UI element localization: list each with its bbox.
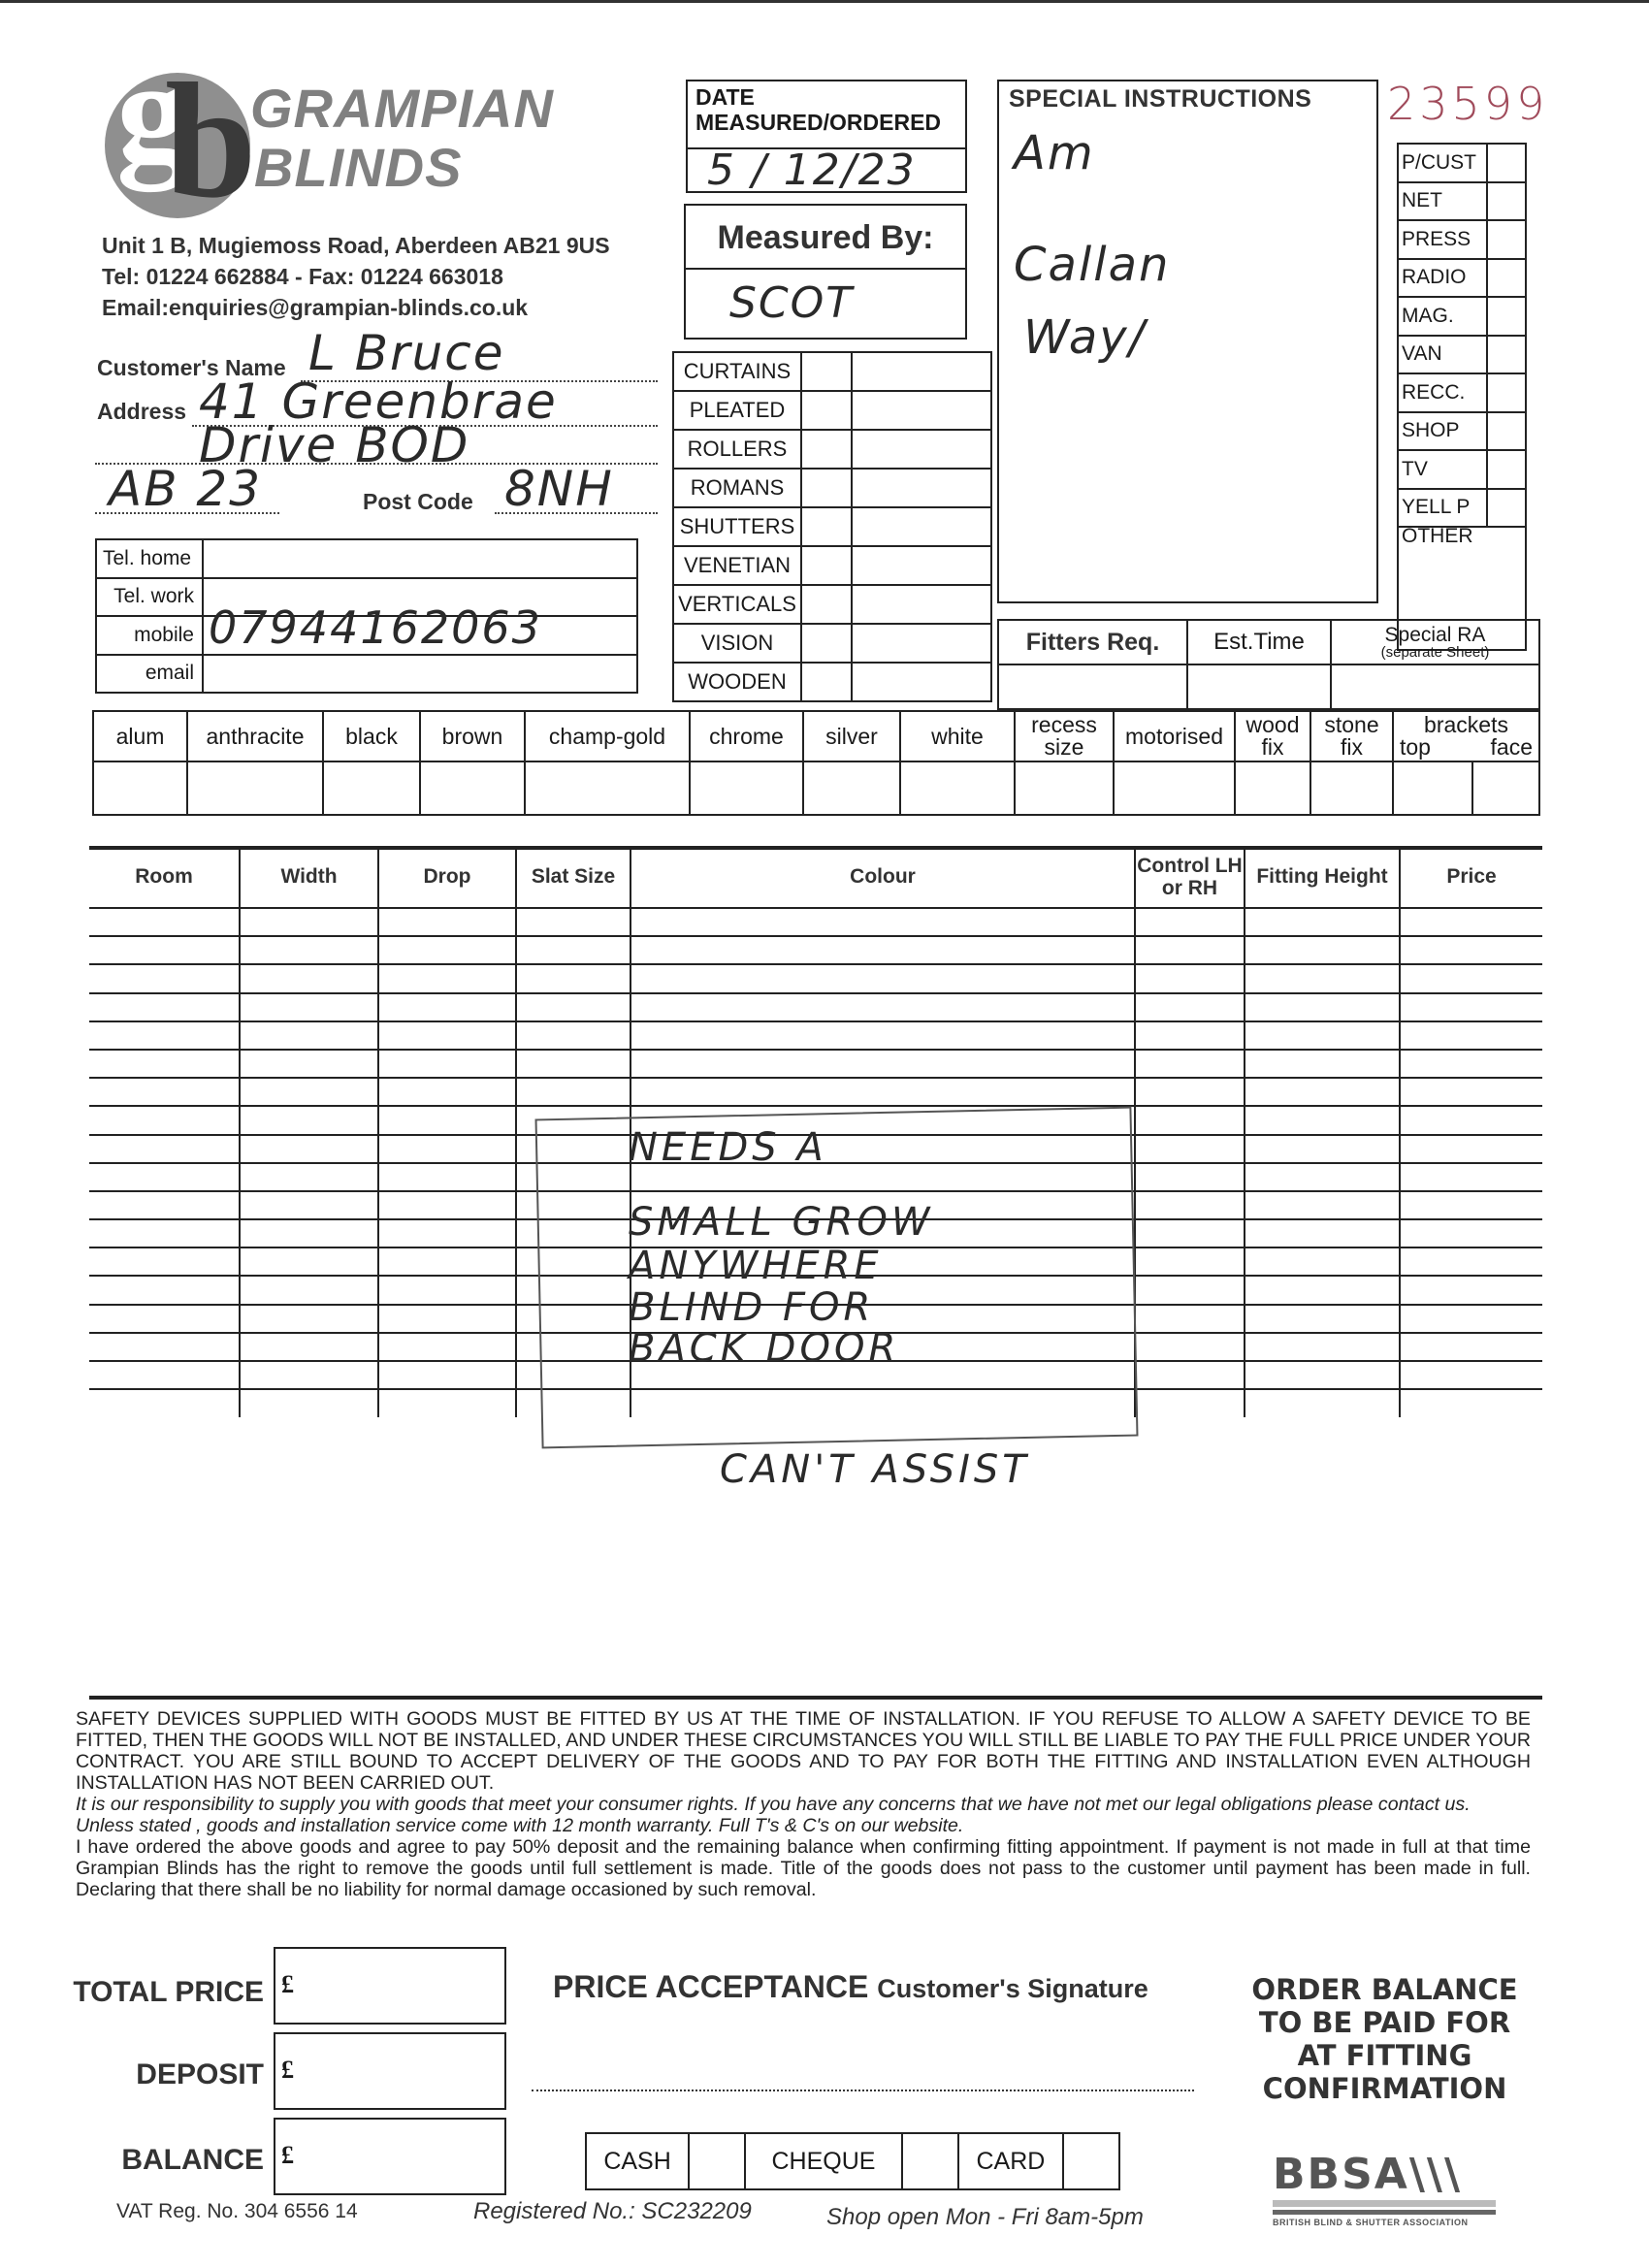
item-cell[interactable]: [89, 936, 240, 964]
item-cell[interactable]: [1400, 1135, 1542, 1163]
finish-cell[interactable]: [187, 761, 323, 815]
item-cell[interactable]: [1400, 1333, 1542, 1361]
address-value-line3[interactable]: AB 23: [109, 461, 262, 517]
item-cell[interactable]: [1400, 1163, 1542, 1191]
item-cell[interactable]: [630, 1021, 1135, 1050]
terms-and-conditions: SAFETY DEVICES SUPPLIED WITH GOODS MUST …: [76, 1709, 1531, 1900]
item-cell[interactable]: [378, 1389, 516, 1417]
fitters-req-field[interactable]: [998, 664, 1187, 709]
lead-source-checkbox[interactable]: [1487, 412, 1526, 451]
finish-cell[interactable]: [1235, 761, 1310, 815]
item-cell[interactable]: [240, 1163, 378, 1191]
product-notes-cell[interactable]: [852, 391, 991, 430]
product-qty-cell[interactable]: [801, 391, 852, 430]
item-cell[interactable]: [89, 1361, 240, 1389]
product-qty-cell[interactable]: [801, 430, 852, 469]
item-cell[interactable]: [1135, 1078, 1245, 1106]
item-cell[interactable]: [1135, 1305, 1245, 1333]
product-qty-cell[interactable]: [801, 469, 852, 507]
item-cell[interactable]: [1400, 1361, 1542, 1389]
lead-source-checkbox[interactable]: [1487, 220, 1526, 259]
lead-source-row: P/CUST: [1398, 144, 1526, 182]
item-cell[interactable]: [1245, 1305, 1400, 1333]
lead-source-table: P/CUST NET PRESS RADIO MAG. VAN RECC. SH…: [1397, 143, 1527, 528]
item-cell[interactable]: [89, 1333, 240, 1361]
bbsa-logo: BBSA\\\ BRITISH BLIND & SHUTTER ASSOCIAT…: [1273, 2154, 1496, 2227]
fitters-table: Fitters Req. Est.Time Special RA(separat…: [997, 619, 1540, 710]
table-row: [89, 1078, 1542, 1106]
item-cell[interactable]: [1135, 1276, 1245, 1304]
item-cell[interactable]: [240, 1389, 378, 1417]
price-acceptance-heading: PRICE ACCEPTANCE Customer's Signature: [553, 1969, 1148, 2005]
item-cell[interactable]: [1400, 1247, 1542, 1276]
measured-by-label: Measured By:: [686, 206, 965, 270]
lead-source-row: VAN: [1398, 336, 1526, 374]
finish-cell[interactable]: [900, 761, 1015, 815]
lead-source-row: TV: [1398, 450, 1526, 489]
table-row: [89, 1021, 1542, 1050]
payment-card-checkbox[interactable]: [1063, 2133, 1119, 2189]
item-cell[interactable]: [1400, 1050, 1542, 1078]
item-cell[interactable]: [378, 1361, 516, 1389]
payment-cheque-checkbox[interactable]: [902, 2133, 958, 2189]
date-value[interactable]: 5 / 12/23: [688, 149, 965, 192]
item-cell[interactable]: [378, 908, 516, 936]
item-cell[interactable]: [516, 993, 630, 1021]
item-cell[interactable]: [1400, 964, 1542, 992]
item-cell[interactable]: [240, 1361, 378, 1389]
item-cell[interactable]: [1245, 1135, 1400, 1163]
item-cell[interactable]: [240, 1219, 378, 1247]
product-row: ROLLERS: [673, 430, 991, 469]
lead-source-row: SHOP: [1398, 412, 1526, 451]
company-phone-fax: Tel: 01224 662884 - Fax: 01224 663018: [102, 264, 503, 290]
item-cell[interactable]: [378, 993, 516, 1021]
item-cell[interactable]: [1135, 1050, 1245, 1078]
payment-card-label: CARD: [958, 2133, 1063, 2189]
item-cell[interactable]: [1135, 1106, 1245, 1134]
item-cell[interactable]: [240, 908, 378, 936]
item-cell[interactable]: [240, 1247, 378, 1276]
item-cell[interactable]: [1245, 1276, 1400, 1304]
item-cell[interactable]: [516, 1050, 630, 1078]
item-cell[interactable]: [1400, 1191, 1542, 1219]
item-cell[interactable]: [1135, 1021, 1245, 1050]
lead-source-checkbox[interactable]: [1487, 182, 1526, 221]
item-cell[interactable]: [378, 1078, 516, 1106]
company-email: Email:enquiries@grampian-blinds.co.uk: [102, 295, 528, 321]
item-cell[interactable]: [1245, 1361, 1400, 1389]
special-ra-label: Special RA(separate Sheet): [1331, 620, 1539, 664]
item-cell[interactable]: [378, 1247, 516, 1276]
lead-source-checkbox[interactable]: [1487, 259, 1526, 298]
item-cell[interactable]: [378, 1191, 516, 1219]
item-cell[interactable]: [1400, 1389, 1542, 1417]
balance-label: BALANCE: [70, 2144, 264, 2177]
order-number: 23599: [1387, 78, 1548, 130]
agreement-terms: I have ordered the above goods and agree…: [76, 1837, 1531, 1901]
item-cell[interactable]: [1400, 1305, 1542, 1333]
item-cell[interactable]: [1245, 1389, 1400, 1417]
item-cell[interactable]: [1135, 1135, 1245, 1163]
item-cell[interactable]: [378, 1021, 516, 1050]
finish-cell[interactable]: [1015, 761, 1114, 815]
item-cell[interactable]: [89, 1163, 240, 1191]
item-cell[interactable]: [1400, 908, 1542, 936]
product-qty-cell[interactable]: [801, 352, 852, 391]
item-cell[interactable]: [630, 993, 1135, 1021]
lead-source-row: RECC.: [1398, 373, 1526, 412]
item-cell[interactable]: [1400, 1276, 1542, 1304]
payment-cheque-label: CHEQUE: [745, 2133, 902, 2189]
product-row: PLEATED: [673, 391, 991, 430]
item-cell[interactable]: [240, 1276, 378, 1304]
postcode-value[interactable]: 8NH: [504, 461, 614, 517]
item-cell[interactable]: [1245, 1078, 1400, 1106]
item-cell[interactable]: [240, 1078, 378, 1106]
special-ra-field[interactable]: [1331, 664, 1539, 709]
item-cell[interactable]: [89, 1021, 240, 1050]
lead-source-checkbox[interactable]: [1487, 450, 1526, 489]
product-row: VISION: [673, 624, 991, 663]
item-cell[interactable]: [1135, 908, 1245, 936]
item-cell[interactable]: [378, 964, 516, 992]
order-balance-notice: ORDER BALANCE TO BE PAID FOR AT FITTING …: [1232, 1974, 1537, 2106]
finish-cell[interactable]: [803, 761, 900, 815]
handwritten-note-line: SMALL GROW: [629, 1203, 933, 1242]
payment-method-table: CASH CHEQUE CARD: [585, 2132, 1120, 2190]
lead-source-row: YELL P: [1398, 489, 1526, 528]
lead-source-row: RADIO: [1398, 259, 1526, 298]
item-cell[interactable]: [1245, 1050, 1400, 1078]
mobile-value: 07944162063: [209, 601, 542, 654]
item-cell[interactable]: [1400, 993, 1542, 1021]
safety-terms: SAFETY DEVICES SUPPLIED WITH GOODS MUST …: [76, 1709, 1531, 1795]
item-cell[interactable]: [378, 1276, 516, 1304]
special-instructions-line: Way/: [1023, 310, 1147, 365]
item-cell[interactable]: [1245, 936, 1400, 964]
table-row: [89, 936, 1542, 964]
finish-cell[interactable]: [525, 761, 690, 815]
item-cell[interactable]: [1135, 1333, 1245, 1361]
date-label: DATE MEASURED/ORDERED: [688, 81, 965, 149]
item-cell[interactable]: [89, 964, 240, 992]
company-name-line2: BLINDS: [254, 141, 462, 195]
item-cell[interactable]: [1245, 908, 1400, 936]
finish-cell[interactable]: [1310, 761, 1393, 815]
product-qty-cell[interactable]: [801, 585, 852, 624]
product-notes-cell[interactable]: [852, 546, 991, 585]
finish-cell[interactable]: [1114, 761, 1235, 815]
item-cell[interactable]: [89, 908, 240, 936]
item-cell[interactable]: [240, 1106, 378, 1134]
shop-hours: Shop open Mon - Fri 8am-5pm: [826, 2204, 1144, 2231]
item-cell[interactable]: [378, 1135, 516, 1163]
product-qty-cell[interactable]: [801, 624, 852, 663]
finish-cell[interactable]: [690, 761, 803, 815]
item-cell[interactable]: [378, 1050, 516, 1078]
item-cell[interactable]: [1245, 1247, 1400, 1276]
item-cell[interactable]: [89, 1050, 240, 1078]
item-cell[interactable]: [240, 1021, 378, 1050]
item-cell[interactable]: [1400, 1078, 1542, 1106]
company-name-line1: GRAMPIAN: [250, 81, 554, 136]
email-field[interactable]: [203, 655, 637, 694]
item-cell[interactable]: [1245, 993, 1400, 1021]
item-cell[interactable]: [89, 1135, 240, 1163]
item-cell[interactable]: [1135, 1361, 1245, 1389]
finish-cell[interactable]: [420, 761, 525, 815]
fitters-req-label: Fitters Req.: [998, 620, 1187, 664]
item-cell[interactable]: [516, 964, 630, 992]
item-cell[interactable]: [1245, 1106, 1400, 1134]
product-row: SHUTTERS: [673, 507, 991, 546]
item-cell[interactable]: [378, 1219, 516, 1247]
item-cell[interactable]: [89, 1247, 240, 1276]
item-cell[interactable]: [89, 1219, 240, 1247]
product-notes-cell[interactable]: [852, 430, 991, 469]
item-cell[interactable]: [1400, 1021, 1542, 1050]
lead-source-row: PRESS: [1398, 220, 1526, 259]
date-measured-box: DATE MEASURED/ORDERED 5 / 12/23: [686, 80, 967, 193]
product-notes-cell[interactable]: [852, 585, 991, 624]
item-cell[interactable]: [1400, 1106, 1542, 1134]
item-cell[interactable]: [1245, 1163, 1400, 1191]
finish-cell[interactable]: [93, 761, 187, 815]
item-cell[interactable]: [516, 1078, 630, 1106]
handwritten-note-line: ANYWHERE: [629, 1247, 883, 1285]
item-cell[interactable]: [240, 1191, 378, 1219]
brackets-top-cell[interactable]: [1393, 761, 1472, 815]
total-price-label: TOTAL PRICE: [70, 1976, 264, 2009]
item-cell[interactable]: [630, 964, 1135, 992]
item-cell[interactable]: [1245, 964, 1400, 992]
lead-source-checkbox[interactable]: [1487, 489, 1526, 528]
item-cell[interactable]: [1400, 936, 1542, 964]
brackets-header: brackets topface: [1393, 711, 1539, 761]
handwritten-note-line: BACK DOOR: [629, 1329, 899, 1368]
item-cell[interactable]: [240, 964, 378, 992]
handwritten-note-line: BLIND FOR: [629, 1288, 874, 1327]
measured-by-box: Measured By: SCOT: [684, 204, 967, 340]
table-row: [89, 908, 1542, 936]
lead-source-checkbox[interactable]: [1487, 336, 1526, 374]
item-cell[interactable]: [1400, 1219, 1542, 1247]
consumer-rights-terms: It is our responsibility to supply you w…: [76, 1795, 1531, 1837]
bbsa-mark: BBSA\\\: [1273, 2154, 1496, 2196]
item-cell[interactable]: [516, 936, 630, 964]
product-row: CURTAINS: [673, 352, 991, 391]
finish-cell[interactable]: [323, 761, 420, 815]
customer-signature-line[interactable]: [532, 2090, 1194, 2091]
top-border: [0, 0, 1649, 3]
lead-source-checkbox[interactable]: [1487, 373, 1526, 412]
item-cell[interactable]: [1135, 1389, 1245, 1417]
product-qty-cell[interactable]: [801, 546, 852, 585]
item-cell[interactable]: [1135, 1247, 1245, 1276]
item-cell[interactable]: [630, 1050, 1135, 1078]
product-type-table: CURTAINS PLEATED ROLLERS ROMANS SHUTTERS…: [672, 351, 992, 702]
handwritten-note-line: NEEDS A: [629, 1128, 827, 1167]
est-time-field[interactable]: [1187, 664, 1331, 709]
special-instructions-line: Am: [1014, 126, 1095, 180]
table-row: [89, 993, 1542, 1021]
item-cell[interactable]: [89, 1276, 240, 1304]
table-row: [89, 964, 1542, 992]
registered-number: Registered No.: SC232209: [473, 2198, 752, 2225]
item-cell[interactable]: [240, 1135, 378, 1163]
item-cell[interactable]: [1245, 1021, 1400, 1050]
item-cell[interactable]: [89, 1191, 240, 1219]
contact-row: Tel. home: [96, 539, 637, 578]
product-qty-cell[interactable]: [801, 507, 852, 546]
item-cell[interactable]: [1135, 1219, 1245, 1247]
deposit-field[interactable]: £: [274, 2032, 506, 2110]
product-notes-cell[interactable]: [852, 624, 991, 663]
item-cell[interactable]: [1135, 936, 1245, 964]
product-row: VERTICALS: [673, 585, 991, 624]
logo-letter-b: b: [165, 58, 257, 223]
item-cell[interactable]: [1135, 964, 1245, 992]
est-time-label: Est.Time: [1187, 620, 1331, 664]
item-cell[interactable]: [89, 1078, 240, 1106]
deposit-label: DEPOSIT: [70, 2058, 264, 2091]
address-label: Address: [97, 399, 186, 425]
item-cell[interactable]: [240, 1305, 378, 1333]
item-cell[interactable]: [516, 1021, 630, 1050]
product-notes-cell[interactable]: [852, 469, 991, 507]
payment-cash-label: CASH: [586, 2133, 689, 2189]
item-cell[interactable]: [1135, 1163, 1245, 1191]
item-cell[interactable]: [89, 1389, 240, 1417]
item-cell[interactable]: [240, 1050, 378, 1078]
vat-number: VAT Reg. No. 304 6556 14: [116, 2200, 358, 2223]
item-cell[interactable]: [240, 993, 378, 1021]
item-cell[interactable]: [89, 1305, 240, 1333]
item-cell[interactable]: [1245, 1191, 1400, 1219]
item-cell[interactable]: [378, 1305, 516, 1333]
contact-row: email: [96, 655, 637, 694]
item-cell[interactable]: [378, 936, 516, 964]
item-cell[interactable]: [630, 936, 1135, 964]
lead-source-row: MAG.: [1398, 297, 1526, 336]
item-cell[interactable]: [1245, 1333, 1400, 1361]
balance-field[interactable]: £: [274, 2118, 506, 2195]
product-notes-cell[interactable]: [852, 507, 991, 546]
finishes-table: alum anthracite black brown champ-gold c…: [92, 710, 1540, 816]
lead-source-checkbox[interactable]: [1487, 297, 1526, 336]
total-price-field[interactable]: £: [274, 1947, 506, 2025]
item-cell[interactable]: [240, 1333, 378, 1361]
lead-source-row: NET: [1398, 182, 1526, 221]
special-instructions-label: SPECIAL INSTRUCTIONS: [999, 81, 1376, 117]
item-cell[interactable]: [1245, 1219, 1400, 1247]
handwritten-outside-note: CAN'T ASSIST: [720, 1450, 1030, 1489]
item-cell[interactable]: [240, 936, 378, 964]
item-cell[interactable]: [630, 1078, 1135, 1106]
company-address: Unit 1 B, Mugiemoss Road, Aberdeen AB21 …: [102, 233, 610, 259]
product-notes-cell[interactable]: [852, 663, 991, 701]
measured-by-value[interactable]: SCOT: [686, 270, 965, 338]
item-cell[interactable]: [516, 908, 630, 936]
item-cell[interactable]: [378, 1163, 516, 1191]
brackets-face-cell[interactable]: [1472, 761, 1539, 815]
product-row: WOODEN: [673, 663, 991, 701]
product-notes-cell[interactable]: [852, 352, 991, 391]
special-instructions-line: Callan: [1014, 238, 1170, 292]
product-row: VENETIAN: [673, 546, 991, 585]
item-cell[interactable]: [89, 993, 240, 1021]
item-cell[interactable]: [378, 1333, 516, 1361]
postcode-label: Post Code: [363, 489, 473, 515]
item-cell[interactable]: [378, 1106, 516, 1134]
table-row: [89, 1050, 1542, 1078]
items-table-bottom-rule: [89, 1696, 1542, 1700]
payment-cash-checkbox[interactable]: [689, 2133, 745, 2189]
item-cell[interactable]: [1135, 993, 1245, 1021]
bbsa-subtitle: BRITISH BLIND & SHUTTER ASSOCIATION: [1273, 2218, 1496, 2227]
product-row: ROMANS: [673, 469, 991, 507]
item-cell[interactable]: [89, 1106, 240, 1134]
item-cell[interactable]: [630, 908, 1135, 936]
tel-home-field[interactable]: [203, 539, 637, 578]
product-qty-cell[interactable]: [801, 663, 852, 701]
item-cell[interactable]: [1135, 1191, 1245, 1219]
lead-source-checkbox[interactable]: [1487, 144, 1526, 182]
